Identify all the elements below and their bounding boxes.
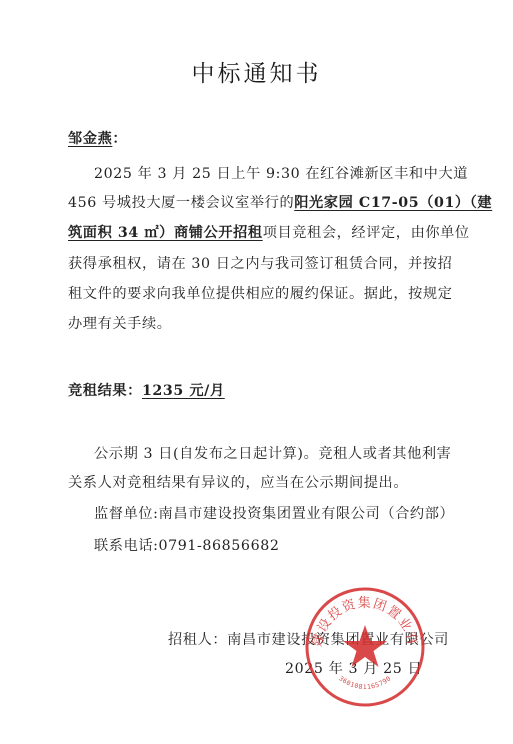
body-line-2: 456 号城投大厦一楼会议室举行的阳光家园 C17-05（01）（建 <box>68 192 492 212</box>
svg-text:3601081165790: 3601081165790 <box>337 674 392 691</box>
official-seal-icon: 南昌市建设投资集团置业有限公司 3601081165790 <box>303 585 427 709</box>
addressee: 邹金燕： <box>68 128 127 148</box>
bid-result-label: 竞租结果： <box>68 383 142 399</box>
supervisor: 监督单位:南昌市建设投资集团置业有限公司（合约部） <box>94 503 454 523</box>
notice-line-1: 公示期 3 日(自发布之日起计算)。竞租人或者其他利害 <box>94 443 451 463</box>
body-line-6: 办理有关手续。 <box>68 313 172 333</box>
body-line-2-text: 456 号城投大厦一楼会议室举行的 <box>68 195 294 211</box>
document-page: 中标通知书 邹金燕： 2025 年 3 月 25 日上午 9:30 在红谷滩新区… <box>0 0 513 744</box>
body-line-4: 获得承租权，请在 30 日之内与我司签订租赁合同，并按招 <box>68 253 452 273</box>
bid-result: 竞租结果：1235 元/月 <box>68 380 225 400</box>
phone-label: 联系电话: <box>94 538 159 554</box>
lessor-label: 招租人： <box>168 632 227 648</box>
project-name-part2: 筑面积 34 ㎡）商铺公开招租 <box>68 225 263 241</box>
project-name-part1: 阳光家园 C17-05（01）（建 <box>294 195 492 211</box>
addressee-colon: ： <box>112 131 127 147</box>
document-title: 中标通知书 <box>0 55 513 88</box>
supervisor-label: 监督单位: <box>94 506 159 522</box>
phone-value: 0791-86856682 <box>159 538 280 554</box>
body-line-3: 筑面积 34 ㎡）商铺公开招租项目竞租会，经评定，由你单位 <box>68 222 470 242</box>
addressee-name: 邹金燕 <box>68 131 112 147</box>
supervisor-value: 南昌市建设投资集团置业有限公司（合约部） <box>159 506 455 522</box>
body-line-5: 租文件的要求向我单位提供相应的履约保证。据此，按规定 <box>68 283 452 303</box>
notice-line-2: 关系人对竞租结果有异议的，应当在公示期间提出。 <box>68 472 408 492</box>
body-line-1: 2025 年 3 月 25 日上午 9:30 在红谷滩新区丰和中大道 <box>94 163 468 183</box>
bid-result-value: 1235 元/月 <box>142 383 225 399</box>
body-line-3-text: 项目竞租会，经评定，由你单位 <box>263 225 470 241</box>
contact-phone: 联系电话:0791-86856682 <box>94 535 279 555</box>
